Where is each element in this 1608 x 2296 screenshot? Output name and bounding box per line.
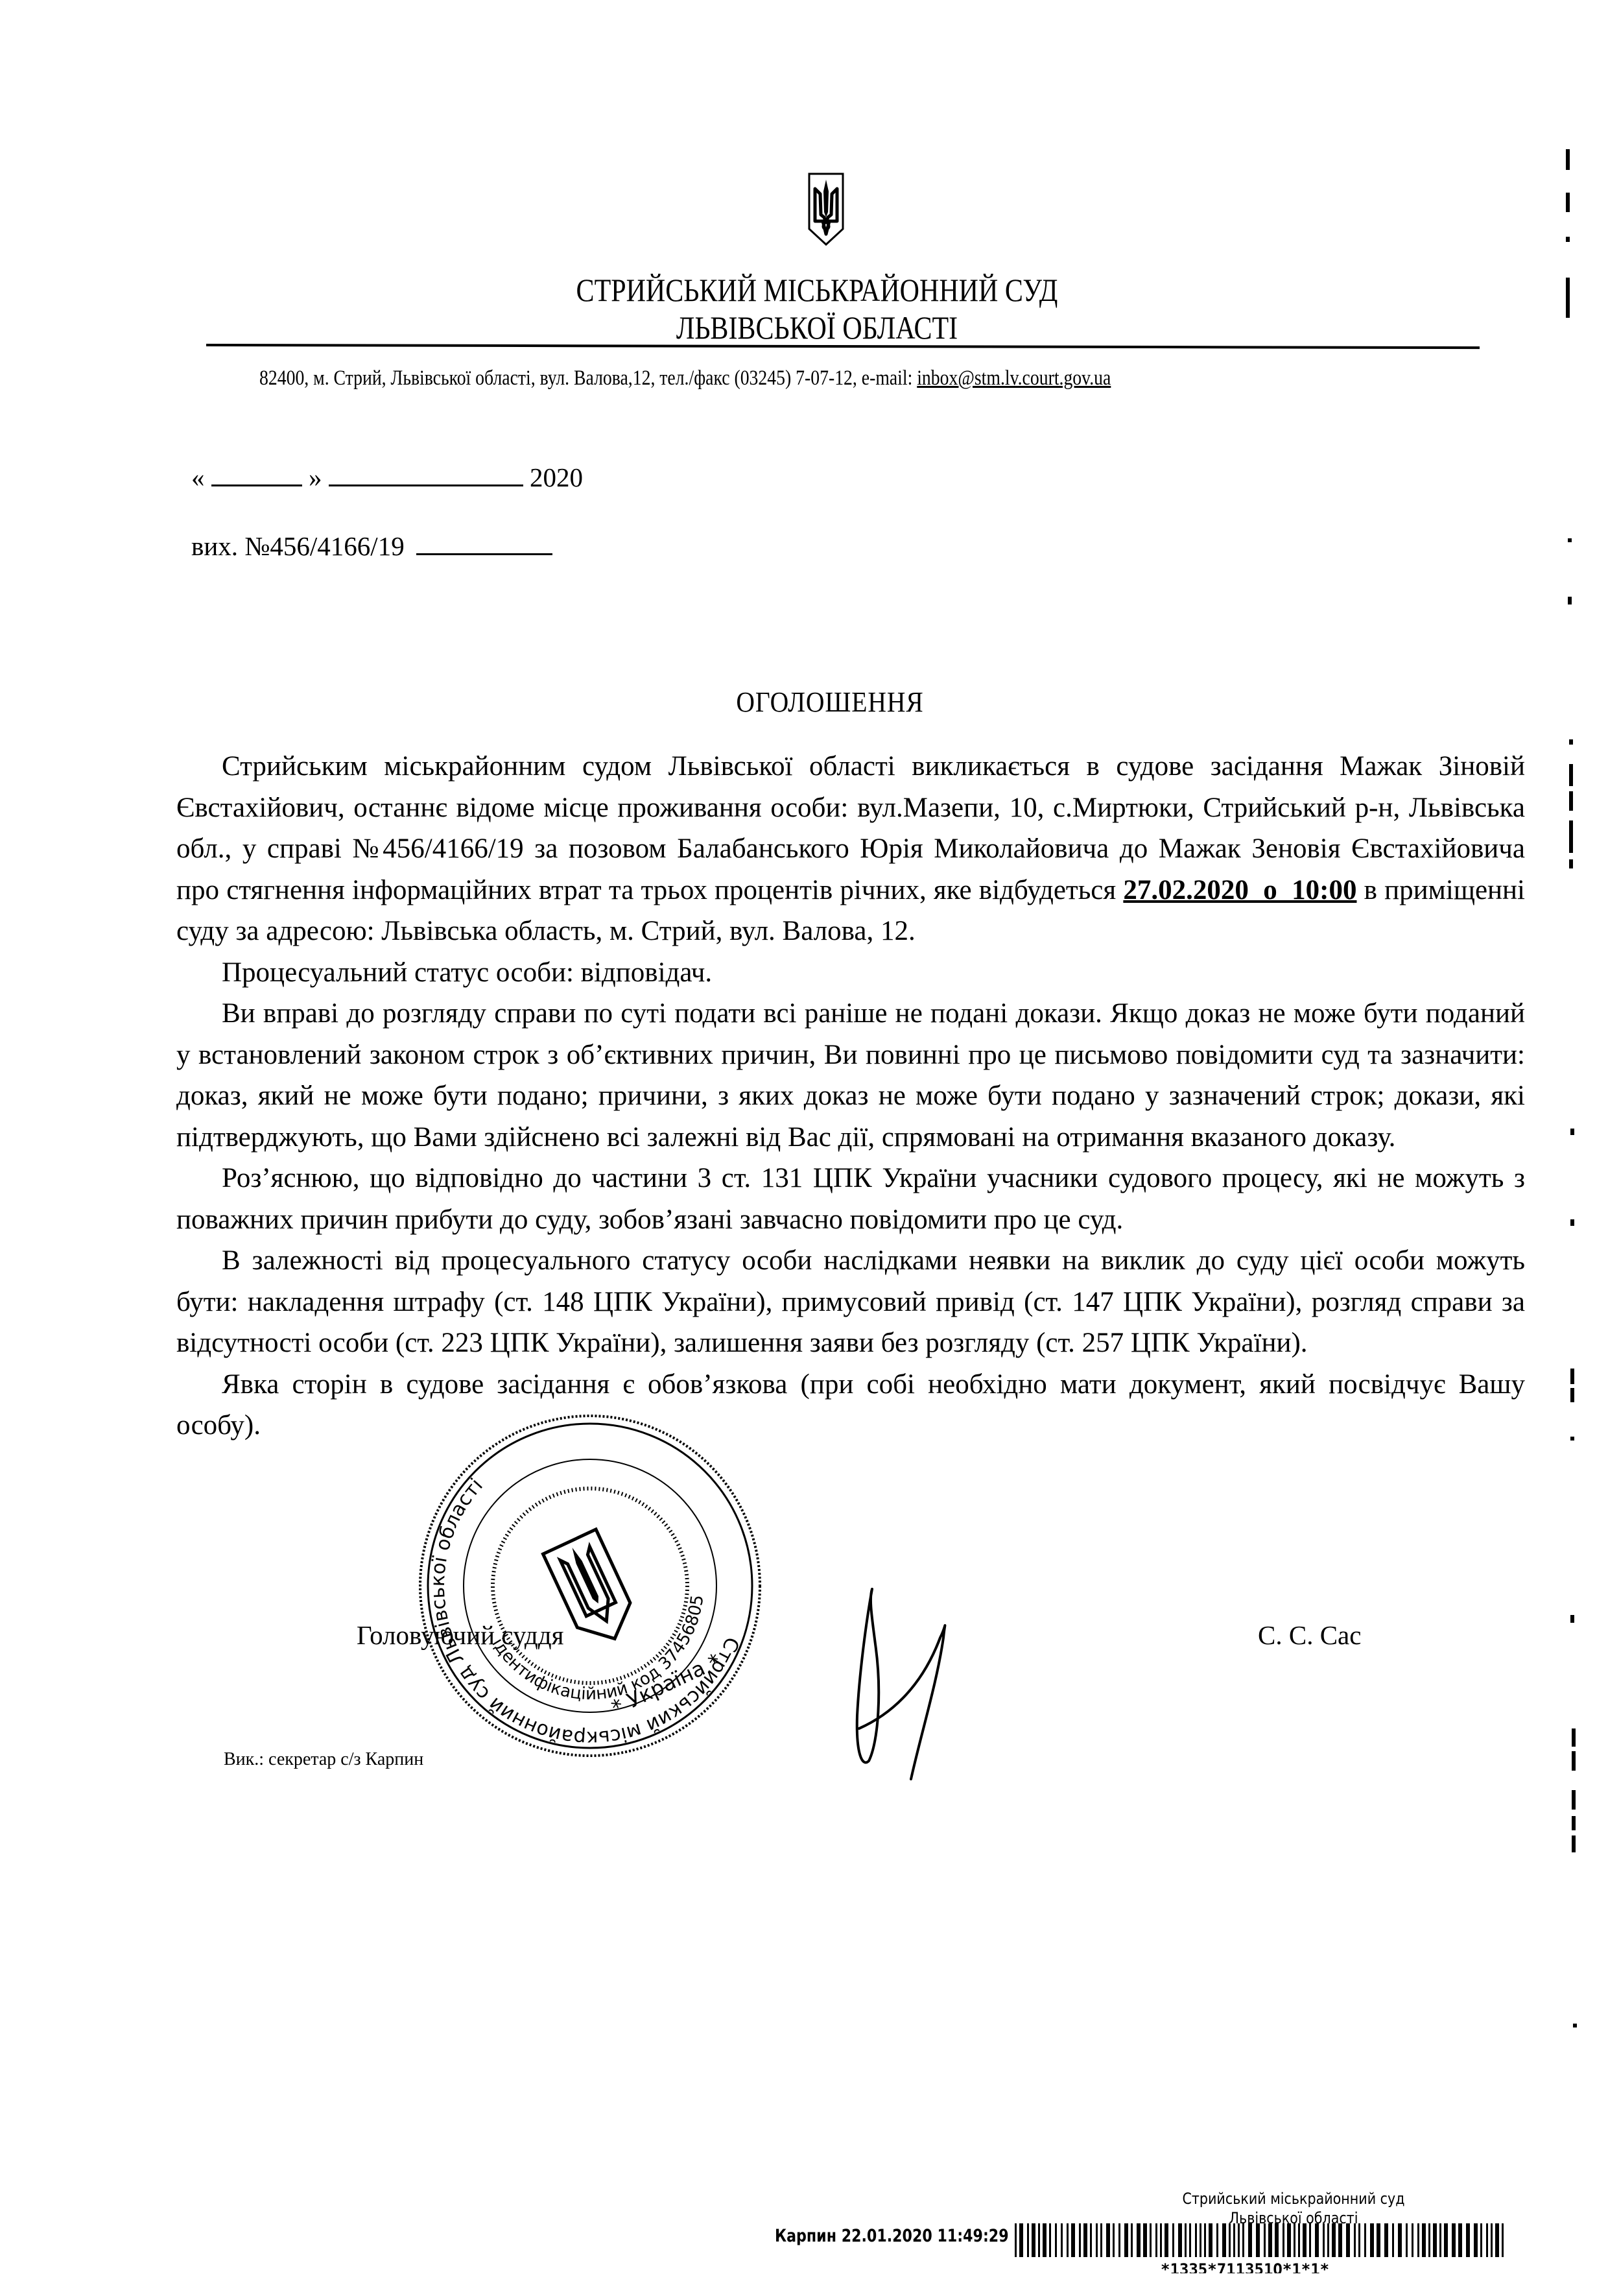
month-blank — [329, 466, 523, 486]
paragraph-notice: Роз’яснюю, що відповідно до частини 3 ст… — [176, 1158, 1525, 1240]
trident-coat-of-arms-icon — [807, 172, 845, 246]
handwritten-signature-icon — [849, 1586, 960, 1780]
document-title: ОГОЛОШЕННЯ — [83, 686, 1554, 719]
paragraph-summons: Стрийським міськрайонним судом Львівсько… — [176, 746, 1525, 952]
announcement-body: Стрийським міськрайонним судом Львівсько… — [176, 746, 1525, 1446]
date-line: « » 2020 — [191, 462, 583, 493]
barcode-icon — [1015, 2223, 1507, 2257]
date-open-quote: « — [191, 462, 205, 492]
court-address: 82400, м. Стрий, Львівської області, вул… — [259, 366, 1349, 390]
outgoing-number: вих. №456/4166/19 — [191, 531, 405, 561]
barcode-number: *1335*711351О*1*1* — [1161, 2260, 1329, 2273]
date-year: 2020 — [530, 462, 583, 492]
paragraph-attendance: Явка сторін в судове засідання є обов’яз… — [176, 1364, 1525, 1446]
court-name-line2: ЛЬВІВСЬКОЇ ОБЛАСТІ — [131, 309, 1482, 346]
address-text: 82400, м. Стрий, Львівської області, вул… — [259, 366, 917, 390]
court-name-line1: СТРИЙСЬКИЙ МІСЬКРАЙОННИЙ СУД — [131, 271, 1482, 309]
executor-note: Вик.: секретар с/з Карпин — [224, 1749, 423, 1770]
signatory-name: С. С. Сас — [1258, 1620, 1361, 1651]
registration-court: Стрийський міськрайонний суд Львівської … — [1137, 2189, 1450, 2228]
court-seal-stamp: Стрийський міськрайонний суд Львівської … — [415, 1411, 765, 1761]
outgoing-number-line: вих. №456/4166/19 — [191, 531, 552, 562]
hearing-datetime: 27.02.2020 о 10:00 — [1123, 875, 1356, 905]
email-link[interactable]: inbox@stm.lv.court.gov.ua — [917, 366, 1111, 390]
paragraph-consequences: В залежності від процесуального статусу … — [176, 1240, 1525, 1364]
registration-court-line1: Стрийський міськрайонний суд — [1137, 2189, 1450, 2208]
signatory-role: Головуючий суддя — [357, 1620, 563, 1651]
paragraph-status: Процесуальний статус особи: відповідач. — [176, 952, 1525, 994]
court-name: СТРИЙСЬКИЙ МІСЬКРАЙОННИЙ СУД ЛЬВІВСЬКОЇ … — [131, 271, 1482, 346]
outgoing-number-blank — [416, 535, 552, 555]
date-close-quote: » — [309, 462, 322, 492]
paragraph-evidence: Ви вправі до розгляду справи по суті под… — [176, 993, 1525, 1158]
registration-timestamp: Карпин 22.01.2020 11:49:29 — [775, 2226, 1009, 2246]
day-blank — [211, 466, 302, 486]
